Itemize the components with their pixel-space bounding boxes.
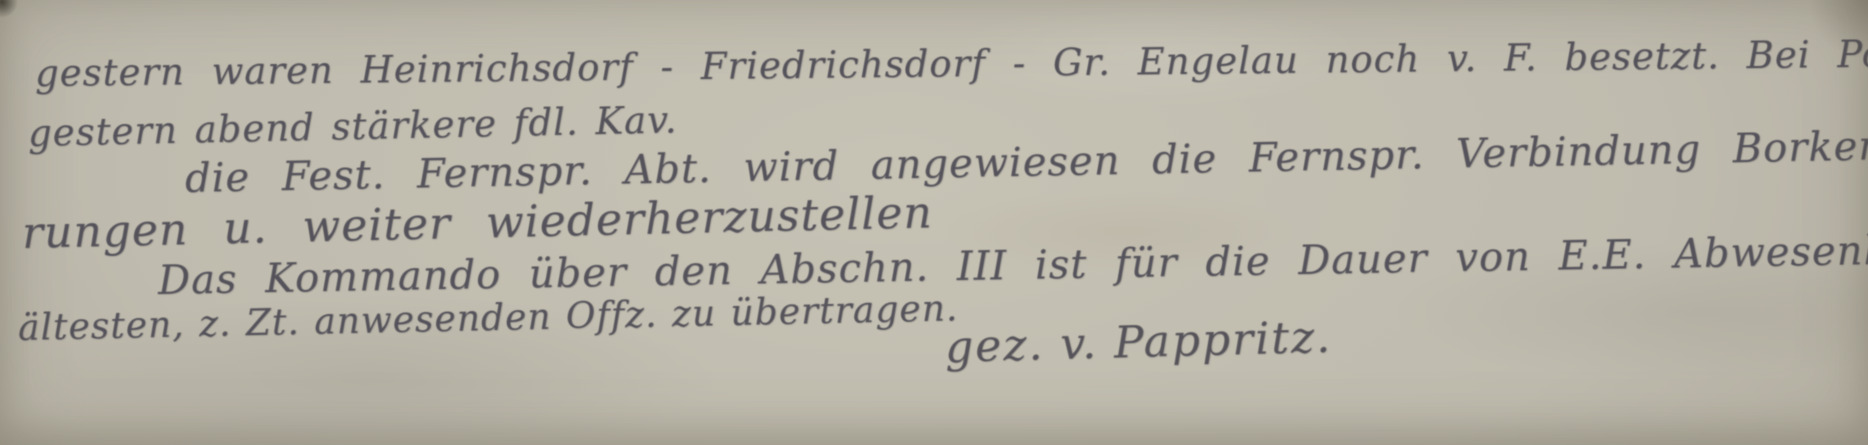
manuscript-line-1: gestern waren Heinrichsdorf - Friedrichs… (35, 30, 1868, 95)
manuscript-line-2: gestern abend stärkere fdl. Kav. (28, 98, 678, 155)
signature: gez. v. Pappritz. (944, 312, 1332, 373)
manuscript-page: gestern waren Heinrichsdorf - Friedrichs… (0, 0, 1868, 445)
